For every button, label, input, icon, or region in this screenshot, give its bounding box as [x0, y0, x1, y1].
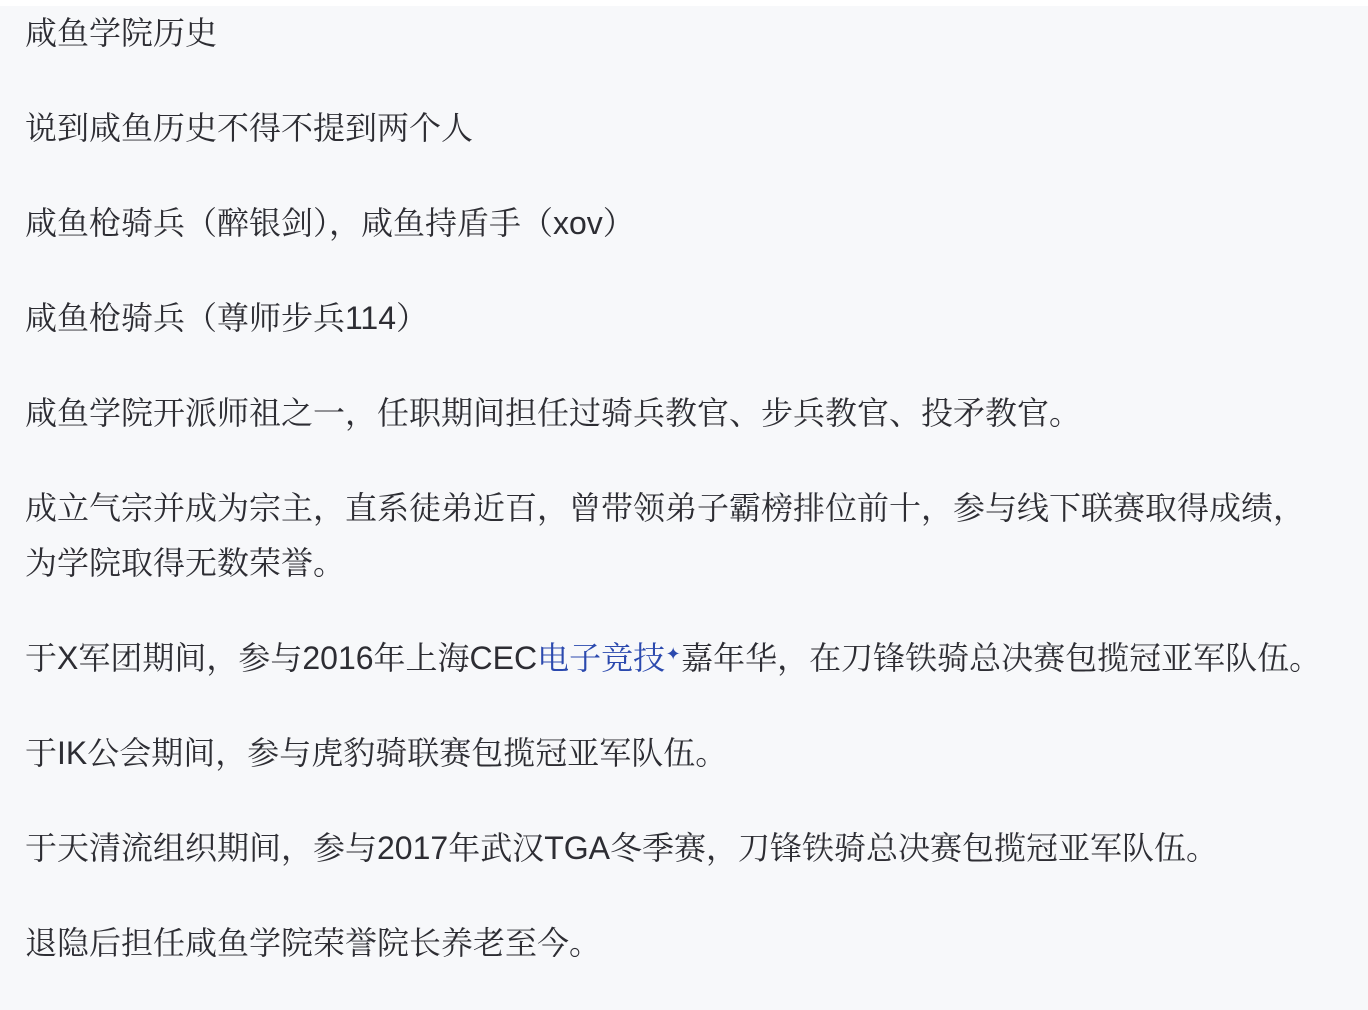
- paragraph-ik-guild: 于IK公会期间，参与虎豹骑联赛包揽冠亚军队伍。: [25, 726, 1330, 781]
- x-legion-post-text: 嘉年华，在刀锋铁骑总决赛包揽冠亚军队伍。: [681, 640, 1321, 676]
- page-title: 咸鱼学院历史: [25, 6, 1330, 61]
- paragraph-retirement: 退隐后担任咸鱼学院荣誉院长养老至今。: [25, 916, 1330, 971]
- paragraph-lancer-alias: 咸鱼枪骑兵（尊师步兵114）: [25, 291, 1330, 346]
- esports-carnival-link[interactable]: 电子竞技✦: [537, 640, 681, 676]
- esports-link-label: 电子竞技: [537, 640, 665, 676]
- paragraph-founder-roles: 咸鱼学院开派师祖之一，任职期间担任过骑兵教官、步兵教官、投矛教官。: [25, 386, 1330, 441]
- paragraph-intro: 说到咸鱼历史不得不提到两个人: [25, 101, 1330, 156]
- article-body: 咸鱼学院历史 说到咸鱼历史不得不提到两个人 咸鱼枪骑兵（醉银剑），咸鱼持盾手（x…: [0, 6, 1355, 971]
- paragraph-x-legion: 于X军团期间，参与2016年上海CEC电子竞技✦嘉年华，在刀锋铁骑总决赛包揽冠亚…: [25, 631, 1330, 686]
- sparkle-link-icon: ✦: [665, 645, 681, 663]
- paragraph-two-founders: 咸鱼枪骑兵（醉银剑），咸鱼持盾手（xov）: [25, 196, 1330, 251]
- x-legion-pre-text: 于X军团期间，参与2016年上海CEC: [25, 640, 537, 676]
- paragraph-tianqingliu: 于天清流组织期间，参与2017年武汉TGA冬季赛，刀锋铁骑总决赛包揽冠亚军队伍。: [25, 821, 1330, 876]
- paragraph-qi-sect: 成立气宗并成为宗主，直系徒弟近百，曾带领弟子霸榜排位前十，参与线下联赛取得成绩，…: [25, 481, 1330, 591]
